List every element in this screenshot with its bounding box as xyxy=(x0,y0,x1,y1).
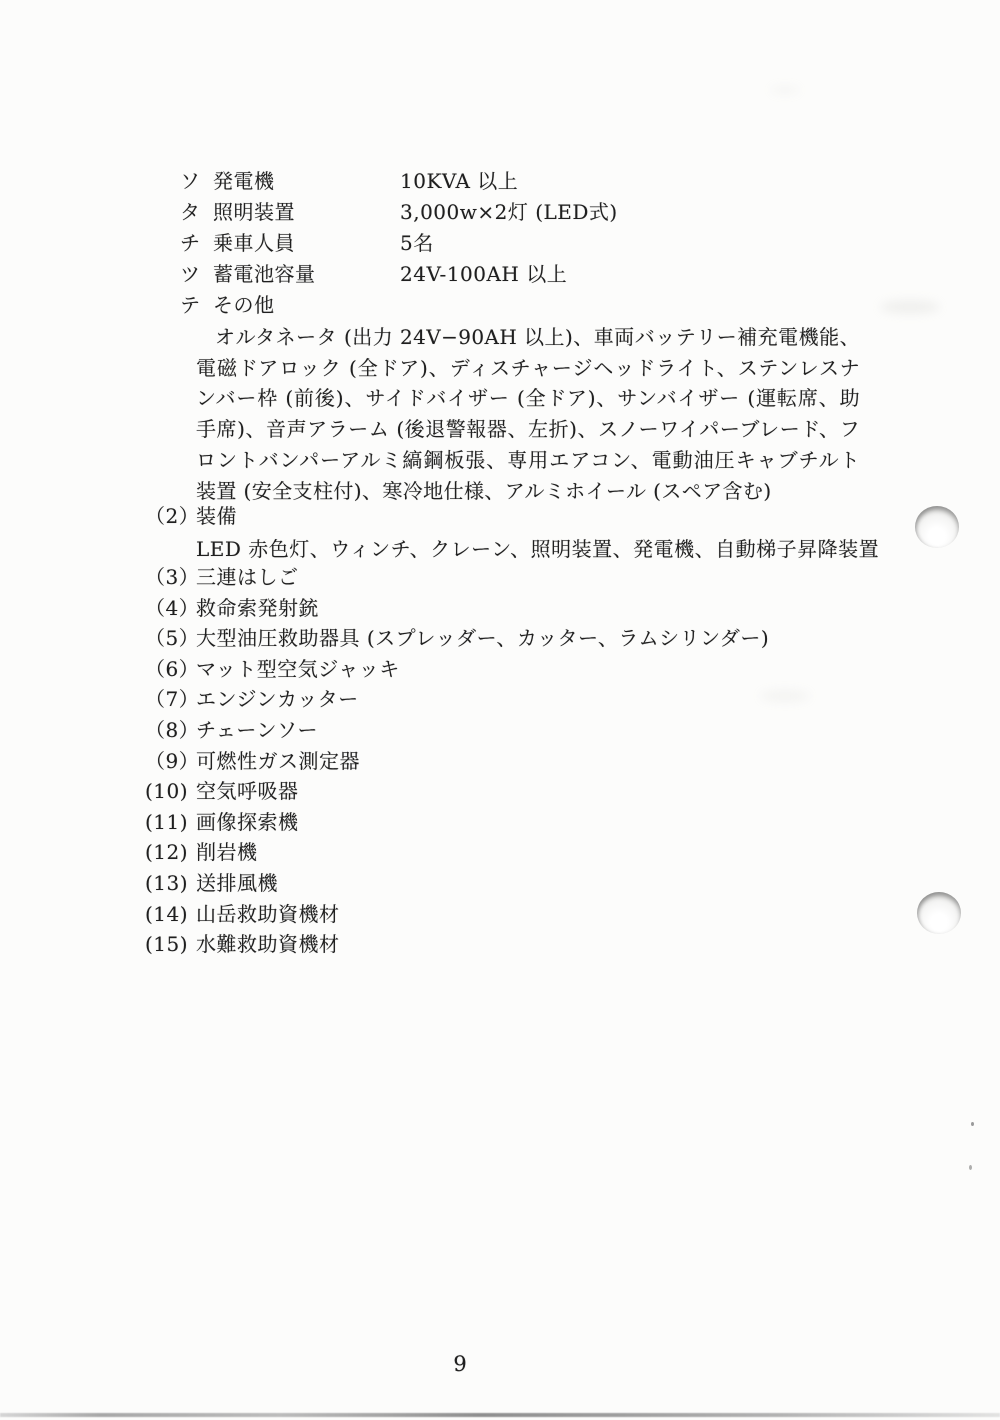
spec-marker: チ xyxy=(180,228,213,259)
equipment-detail-line: LED 赤色灯、ウィンチ、クレーン、照明装置、発電機、自動梯子昇降装置 xyxy=(196,534,879,565)
scan-smudge xyxy=(760,690,810,702)
spec-value: 5名 xyxy=(400,228,434,259)
spec-label: 蓄電池容量 xyxy=(213,259,400,290)
item-text: 山岳救助資機材 xyxy=(196,902,340,926)
spec-value: 24V-100AH 以上 xyxy=(400,259,567,290)
item-text: マット型空気ジャッキ xyxy=(196,657,400,681)
item-text: エンジンカッター xyxy=(196,687,359,711)
item-number: （3） xyxy=(145,562,196,593)
scan-smudge xyxy=(770,86,800,94)
item-text: 可燃性ガス測定器 xyxy=(196,749,360,773)
item-text: 削岩機 xyxy=(196,840,258,864)
spec-value: 3,000w×2灯 (LED式) xyxy=(400,197,618,228)
scan-speck xyxy=(969,1165,972,1170)
item-title: 装備 xyxy=(196,504,237,528)
spec-row-battery: ツ蓄電池容量24V-100AH 以上 xyxy=(0,259,1000,290)
spec-marker: タ xyxy=(180,197,213,228)
item-text: チェーンソー xyxy=(196,718,318,742)
item-text: 水難救助資機材 xyxy=(196,932,340,956)
page-number: 9 xyxy=(438,1352,482,1376)
item-text: 大型油圧救助器具 (スプレッダー、カッター、ラムシリンダー) xyxy=(196,626,769,650)
item-number: (15) xyxy=(145,929,196,960)
item-number: （2） xyxy=(145,501,196,532)
item-number: (13) xyxy=(145,868,196,899)
item-number: （6） xyxy=(145,654,196,685)
list-item: （3）三連はしご xyxy=(0,562,1000,593)
other-details-paragraph: オルタネータ (出力 24V−90AH 以上)、車両バッテリー補充電機能、電磁ド… xyxy=(196,322,860,506)
list-item: (13)送排風機 xyxy=(0,868,1000,899)
scan-speck xyxy=(971,1122,974,1126)
item-number: (14) xyxy=(145,899,196,930)
spec-marker: テ xyxy=(180,290,213,321)
item-number: （5） xyxy=(145,623,196,654)
spec-row-crew: チ乗車人員5名 xyxy=(0,228,1000,259)
spec-label: 発電機 xyxy=(213,166,400,197)
punch-hole-shadow-bottom xyxy=(917,892,961,934)
list-item: （6）マット型空気ジャッキ xyxy=(0,654,1000,685)
list-item: （9）可燃性ガス測定器 xyxy=(0,746,1000,777)
item-text: 送排風機 xyxy=(196,871,278,895)
item-number: （9） xyxy=(145,746,196,777)
spec-label: 乗車人員 xyxy=(213,228,400,259)
item-text: 空気呼吸器 xyxy=(196,779,299,803)
spec-list: ソ発電機10KVA 以上 タ照明装置3,000w×2灯 (LED式) チ乗車人員… xyxy=(0,166,1000,321)
list-item: (11)画像探索機 xyxy=(0,807,1000,838)
scan-smudge xyxy=(880,300,940,314)
item-number: （8） xyxy=(145,715,196,746)
item-text: 画像探索機 xyxy=(196,810,299,834)
item-number: (11) xyxy=(145,807,196,838)
list-item: （4）救命索発射銃 xyxy=(0,593,1000,624)
list-item: （8）チェーンソー xyxy=(0,715,1000,746)
list-item: （7）エンジンカッター xyxy=(0,684,1000,715)
list-item: (15)水難救助資機材 xyxy=(0,929,1000,960)
list-item: (12)削岩機 xyxy=(0,837,1000,868)
scanned-document-page: ソ発電機10KVA 以上 タ照明装置3,000w×2灯 (LED式) チ乗車人員… xyxy=(0,0,1000,1420)
spec-row-generator: ソ発電機10KVA 以上 xyxy=(0,166,1000,197)
list-item: (14)山岳救助資機材 xyxy=(0,899,1000,930)
item-number: (12) xyxy=(145,837,196,868)
list-item: （5）大型油圧救助器具 (スプレッダー、カッター、ラムシリンダー) xyxy=(0,623,1000,654)
spec-marker: ソ xyxy=(180,166,213,197)
item-number: （7） xyxy=(145,684,196,715)
item-text: 三連はしご xyxy=(196,565,299,589)
list-item: (10)空気呼吸器 xyxy=(0,776,1000,807)
scanner-edge-strip xyxy=(0,1413,1000,1417)
spec-marker: ツ xyxy=(180,259,213,290)
spec-label: その他 xyxy=(213,290,400,321)
spec-value: 10KVA 以上 xyxy=(400,166,518,197)
equipment-numbered-list: （3）三連はしご （4）救命索発射銃 （5）大型油圧救助器具 (スプレッダー、カ… xyxy=(0,562,1000,960)
item-number: (10) xyxy=(145,776,196,807)
item-number: （4） xyxy=(145,593,196,624)
item-text: 救命索発射銃 xyxy=(196,596,319,620)
spec-row-lighting: タ照明装置3,000w×2灯 (LED式) xyxy=(0,197,1000,228)
spec-row-other: テその他 xyxy=(0,290,1000,321)
spec-label: 照明装置 xyxy=(213,197,400,228)
equipment-section-heading: （2）装備 xyxy=(145,501,237,532)
punch-hole-shadow-top xyxy=(915,506,959,548)
